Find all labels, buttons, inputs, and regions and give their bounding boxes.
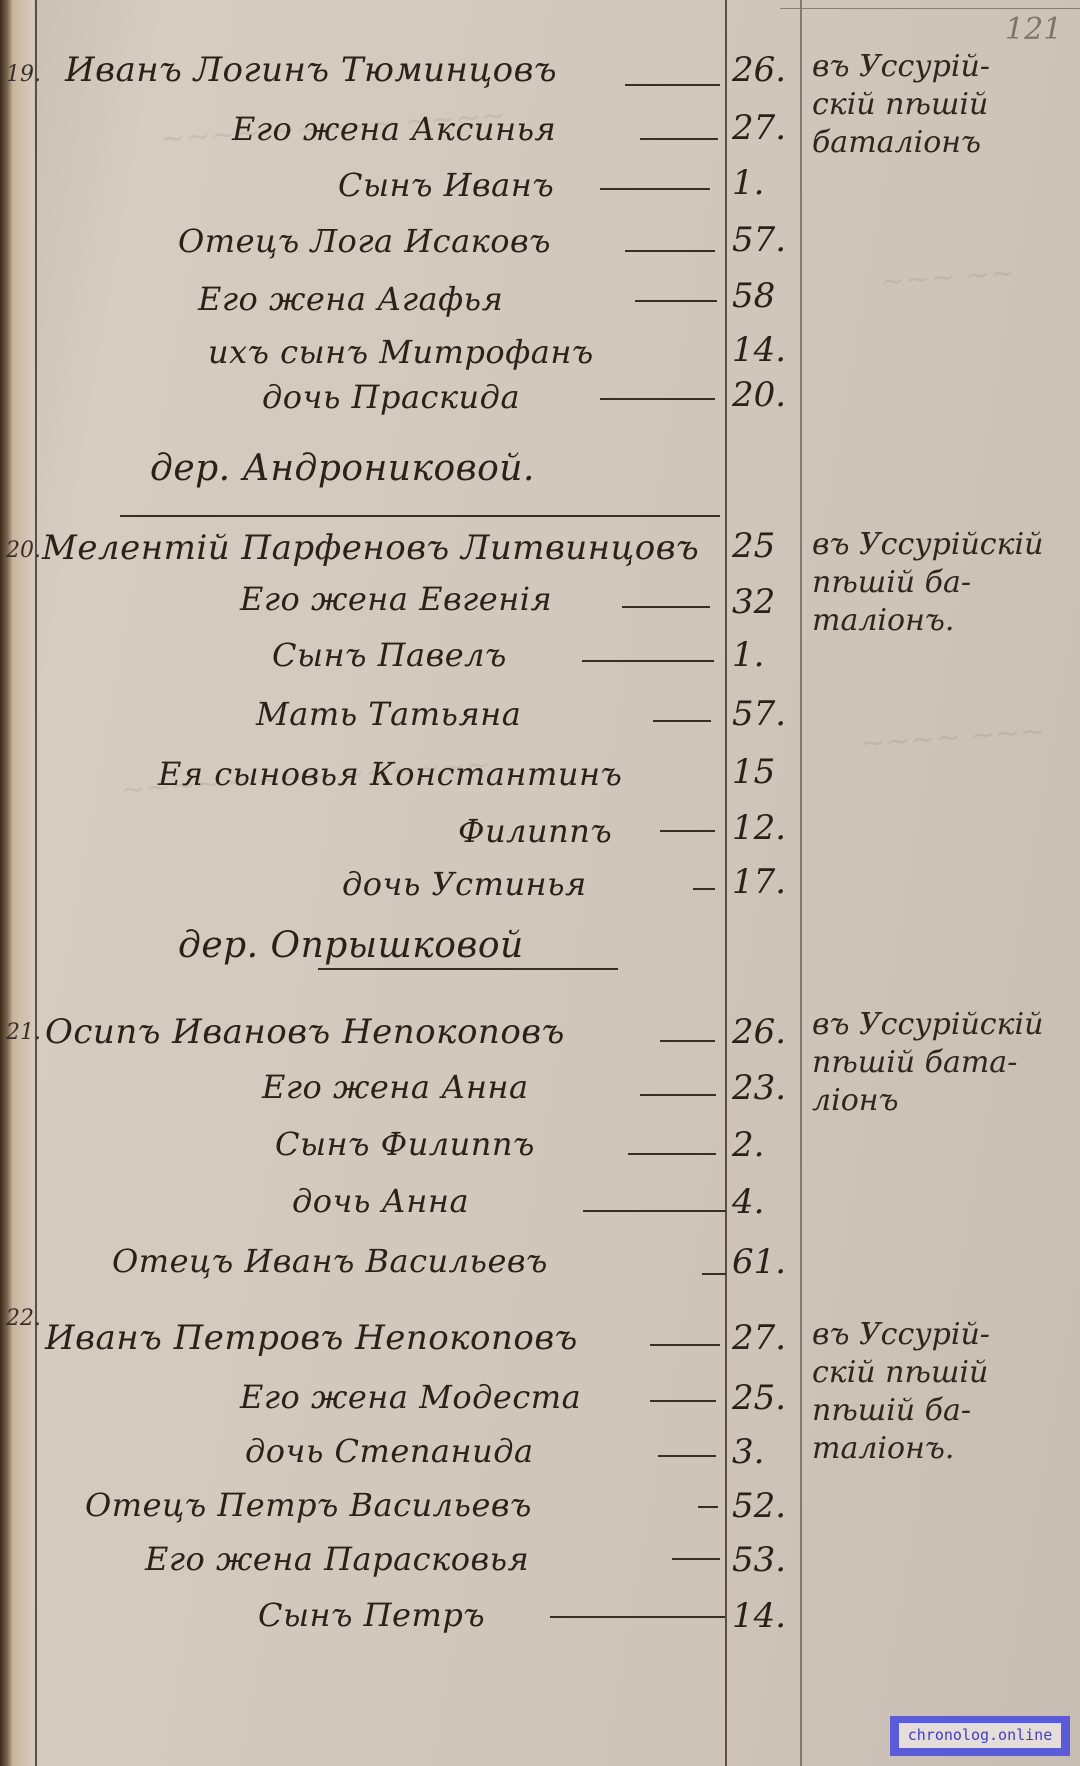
- family-member: Сынъ Петръ: [258, 1596, 485, 1634]
- assignment-note: въ Уссурій- скій пѣшій баталіонъ: [812, 48, 990, 162]
- age-value: 25.: [732, 1378, 786, 1418]
- family-member: дочь Устинья: [342, 865, 587, 903]
- fill-dash: [550, 1616, 725, 1618]
- age-value: 2.: [732, 1125, 764, 1165]
- note-line: баталіонъ: [812, 124, 990, 162]
- book-binding: [0, 0, 12, 1766]
- age-value: 53.: [732, 1540, 786, 1580]
- heading-underline: [120, 515, 720, 517]
- assignment-note: въ Уссурійскій пѣшій ба- таліонъ.: [812, 526, 1043, 640]
- note-line: ліонъ: [812, 1082, 1043, 1120]
- age-value: 12.: [732, 808, 786, 848]
- fill-dash: [650, 1344, 720, 1346]
- age-value: 4.: [732, 1182, 764, 1222]
- age-value: 20.: [732, 375, 786, 415]
- note-line: въ Уссурійскій: [812, 526, 1043, 564]
- age-value: 1.: [732, 163, 764, 203]
- age-value: 25: [732, 526, 775, 566]
- family-member: Отецъ Петръ Васильевъ: [85, 1486, 532, 1524]
- document-page: ~~~~ ~~~~~ ~~~~ ~~~~~ ~~~ ~~~~~~ ~~~ ~~ …: [0, 0, 1080, 1766]
- note-line: пѣшій ба-: [812, 1392, 990, 1430]
- fill-dash: [653, 720, 711, 722]
- family-member: Его жена Анна: [262, 1068, 529, 1106]
- entry-number: 20.: [6, 538, 41, 563]
- entry-number: 21.: [6, 1020, 41, 1045]
- family-member: Сынъ Павелъ: [272, 636, 507, 674]
- age-value: 26.: [732, 50, 786, 90]
- age-value: 32: [732, 582, 775, 622]
- assignment-note: въ Уссурій- скій пѣшій пѣшій ба- таліонъ…: [812, 1316, 990, 1468]
- age-value: 1.: [732, 635, 764, 675]
- fill-dash: [582, 660, 714, 662]
- fill-dash: [698, 1506, 718, 1508]
- bleed-through-text: ~~~~ ~~~: [859, 714, 1046, 762]
- age-value: 14.: [732, 1596, 786, 1636]
- family-member: Его жена Евгенія: [240, 580, 552, 618]
- age-value: 58: [732, 276, 775, 316]
- age-value: 14.: [732, 330, 786, 370]
- head-of-household: Осипъ Ивановъ Непокоповъ: [45, 1012, 565, 1052]
- family-member: Его жена Агафья: [198, 280, 503, 318]
- village-heading: дер. Опрышковой: [178, 925, 524, 966]
- assignment-note: въ Уссурійскій пѣшій бата- ліонъ: [812, 1006, 1043, 1120]
- age-value: 15: [732, 752, 775, 792]
- page-number: 121: [1005, 12, 1062, 47]
- fill-dash: [640, 138, 718, 140]
- note-line: въ Уссурійскій: [812, 1006, 1043, 1044]
- fill-dash: [672, 1558, 720, 1560]
- fill-dash: [628, 1153, 716, 1155]
- age-value: 61.: [732, 1242, 786, 1282]
- age-value: 26.: [732, 1012, 786, 1052]
- heading-underline: [318, 968, 618, 970]
- page-edge: [12, 0, 34, 1766]
- age-value: 17.: [732, 862, 786, 902]
- fill-dash: [625, 84, 720, 86]
- note-column-rule: [800, 0, 802, 1766]
- age-column-rule: [725, 0, 727, 1766]
- village-heading: дер. Андрониковой.: [150, 448, 535, 489]
- family-member: ихъ сынъ Митрофанъ: [208, 333, 594, 371]
- head-of-household: Мелентій Парфеновъ Литвинцовъ: [42, 528, 699, 568]
- fill-dash: [635, 300, 717, 302]
- fill-dash: [622, 606, 710, 608]
- fill-dash: [658, 1455, 716, 1457]
- note-line: скій пѣшій: [812, 86, 990, 124]
- entry-number: 19.: [6, 62, 41, 87]
- age-value: 27.: [732, 108, 786, 148]
- age-value: 57.: [732, 220, 786, 260]
- age-value: 57.: [732, 694, 786, 734]
- fill-dash: [693, 888, 715, 890]
- note-line: въ Уссурій-: [812, 1316, 990, 1354]
- age-value: 23.: [732, 1068, 786, 1108]
- family-member: Сынъ Филиппъ: [275, 1125, 535, 1163]
- family-member: дочь Степанида: [245, 1432, 534, 1470]
- entry-number: 22.: [6, 1306, 41, 1331]
- family-member: Сынъ Иванъ: [338, 166, 554, 204]
- margin-rule: [35, 0, 37, 1766]
- head-of-household: Иванъ Петровъ Непокоповъ: [45, 1318, 578, 1358]
- fill-dash: [702, 1273, 726, 1275]
- family-member: Отецъ Иванъ Васильевъ: [112, 1242, 548, 1280]
- age-value: 27.: [732, 1318, 786, 1358]
- bleed-through-text: ~~~ ~~: [879, 255, 1016, 299]
- watermark-text: chronolog.online: [899, 1723, 1061, 1748]
- family-member: дочь Праскида: [262, 378, 520, 416]
- fill-dash: [650, 1400, 716, 1402]
- note-line: таліонъ.: [812, 602, 1043, 640]
- age-value: 3.: [732, 1432, 764, 1472]
- fill-dash: [583, 1210, 726, 1212]
- family-member: дочь Анна: [292, 1182, 469, 1220]
- family-member: Его жена Парасковья: [145, 1540, 529, 1578]
- age-value: 52.: [732, 1486, 786, 1526]
- fill-dash: [660, 1040, 715, 1042]
- fill-dash: [600, 188, 710, 190]
- watermark-badge: chronolog.online: [890, 1716, 1070, 1756]
- fill-dash: [600, 398, 715, 400]
- fill-dash: [625, 250, 715, 252]
- fill-dash: [660, 830, 715, 832]
- family-member: Его жена Модеста: [240, 1378, 581, 1416]
- note-line: пѣшій бата-: [812, 1044, 1043, 1082]
- note-line: пѣшій ба-: [812, 564, 1043, 602]
- fill-dash: [640, 1094, 716, 1096]
- family-member: Отецъ Лога Исаковъ: [178, 222, 551, 260]
- family-member: Филиппъ: [458, 812, 612, 850]
- note-line: таліонъ.: [812, 1430, 990, 1468]
- family-member: Его жена Аксинья: [232, 110, 556, 148]
- head-of-household: Иванъ Логинъ Тюминцовъ: [65, 50, 557, 90]
- family-member: Ея сыновья Константинъ: [158, 755, 622, 793]
- top-rule: [780, 8, 1080, 9]
- note-line: скій пѣшій: [812, 1354, 990, 1392]
- family-member: Мать Татьяна: [256, 695, 521, 733]
- note-line: въ Уссурій-: [812, 48, 990, 86]
